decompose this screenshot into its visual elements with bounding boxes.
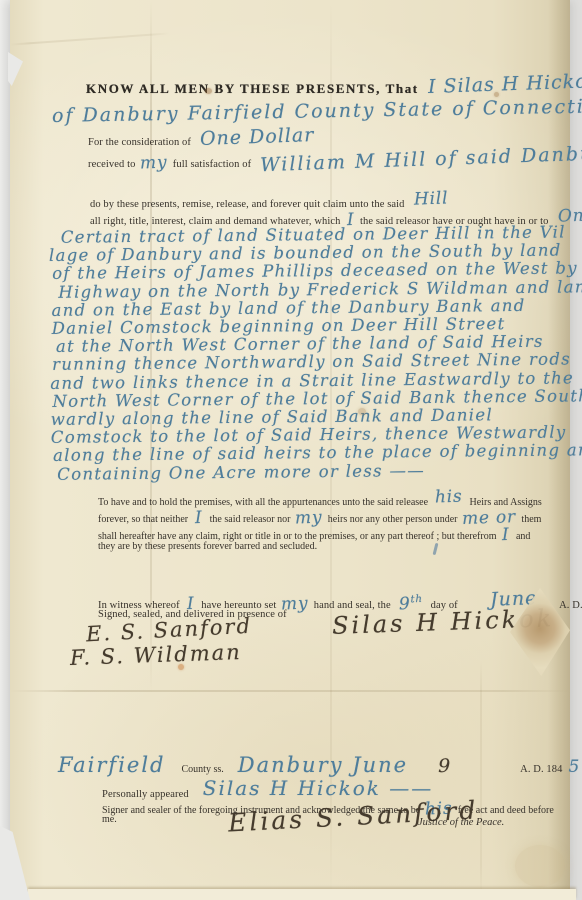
appeared-name-handwritten: Silas H Hickok —— (203, 776, 434, 800)
acknowledgment-me-line: me. (102, 814, 117, 825)
vertical-fold-crease-right (480, 660, 482, 900)
scanned-deed-page: { "colors":{"ink_blue":"#4e7d9b","ink_da… (0, 0, 582, 900)
ack-year-handwritten: 5 —— (568, 757, 582, 777)
witness-printed-5: A. D. 184 (559, 600, 582, 611)
property-description-handwritten: Certain tract of land Situated on Deer H… (49, 223, 582, 484)
consideration-line: For the consideration of One Dollar (88, 128, 319, 150)
foxing-stain (358, 408, 366, 415)
deed-opening-line: KNOW ALL MEN BY THESE PRESENTS, That I S… (86, 76, 582, 98)
justice-title: Justice of the Peace. (418, 817, 504, 828)
bottom-sheet-edge (28, 889, 576, 900)
habendum-i2-handwritten: I (502, 525, 510, 545)
grantor-name-handwritten: I Silas H Hickok (427, 70, 582, 98)
county-printed: County ss. (182, 764, 224, 775)
deed-paper-sheet: KNOW ALL MEN BY THESE PRESENTS, That I S… (10, 0, 570, 900)
foxing-stain (178, 664, 184, 670)
place-date-handwritten: Danbury June (238, 753, 408, 777)
satisfaction-printed-2: full satisfaction of (173, 159, 251, 170)
ack-day-handwritten: 9 (438, 755, 450, 777)
habendum-printed-8: and (516, 531, 530, 542)
release-grantee-handwritten: Hill (413, 188, 448, 209)
foxing-stain (494, 92, 499, 97)
ack-year-printed: A. D. 184 (520, 764, 562, 775)
habendum-line-4: they are by these presents forever barre… (98, 541, 317, 552)
top-corner-crease (10, 32, 170, 45)
consideration-amount-handwritten: One Dollar (200, 124, 315, 150)
opening-printed-text: KNOW ALL MEN BY THESE PRESENTS, That (86, 81, 419, 96)
horizontal-fold-crease (10, 690, 570, 692)
consideration-printed: For the consideration of (88, 137, 191, 148)
satisfaction-line: received to my full satisfaction of Will… (88, 150, 582, 172)
grantor-residence-handwritten: of Danbury Fairfield County State of Con… (52, 95, 582, 127)
habendum-his-handwritten: his (435, 487, 463, 508)
acknowledgment-venue-line: Fairfield County ss. Danbury June 9 A. D… (58, 753, 582, 777)
ink-mark (433, 543, 439, 555)
satisfaction-pronoun-handwritten: my (140, 153, 168, 174)
witness-signature-2: F. S. Wildman (70, 640, 242, 670)
county-handwritten: Fairfield (58, 753, 166, 777)
foxing-stain (205, 88, 212, 94)
day-suffix: th (410, 594, 423, 605)
satisfaction-printed-1: received to (88, 159, 135, 170)
description-line: Containing One Acre more or less —— (57, 460, 582, 484)
toning-patch (515, 845, 565, 887)
